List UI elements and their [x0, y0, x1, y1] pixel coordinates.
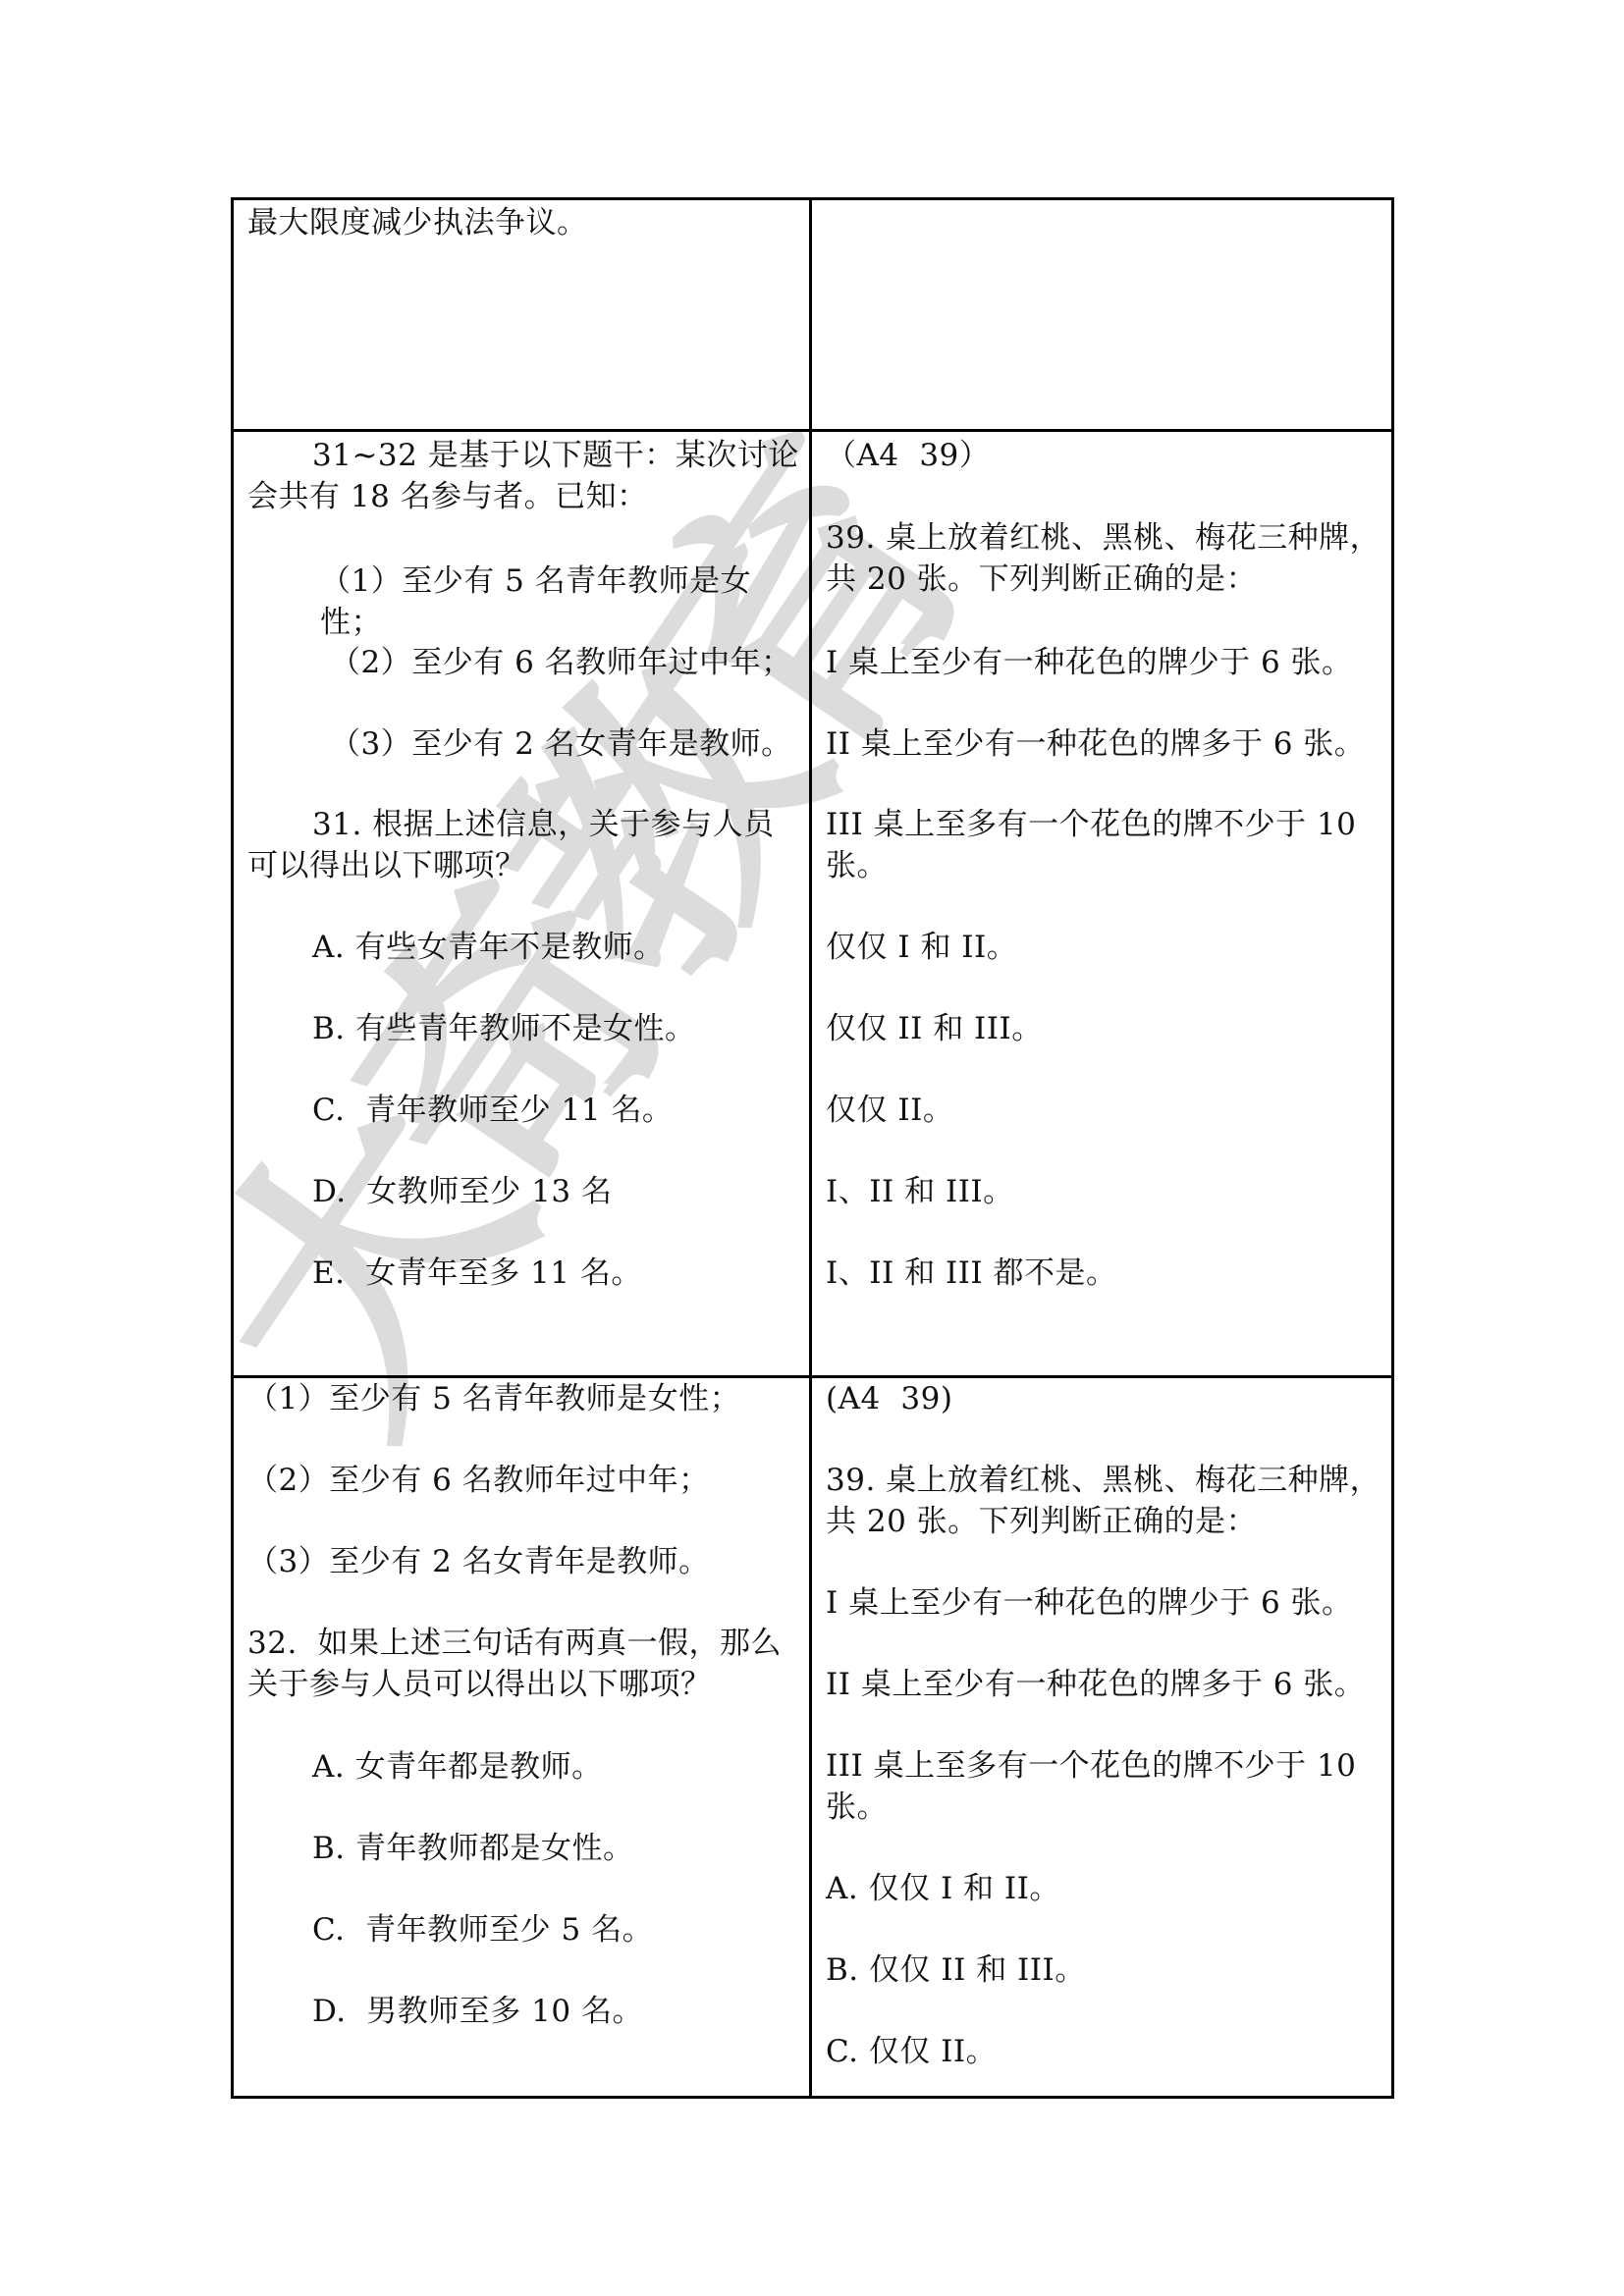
judgment-3: III 桌上至多有一个花色的牌不少于 10 张。	[826, 1745, 1381, 1828]
judgment-2: II 桌上至少有一种花色的牌多于 6 张。	[826, 723, 1381, 765]
row2-right-cell: （A4 39） 39. 桌上放着红桃、黑桃、梅花三种牌，共 20 张。下列判断正…	[812, 432, 1391, 1375]
question-39: 39. 桌上放着红桃、黑桃、梅花三种牌，共 20 张。下列判断正确的是：	[826, 517, 1381, 600]
row2-left-cell: 31~32 是基于以下题干：某次讨论会共有 18 名参与者。已知： （1）至少有…	[234, 432, 809, 1375]
q32-option-a: A. 女青年都是教师。	[247, 1746, 799, 1788]
source-tag: (A4 39)	[826, 1378, 1381, 1419]
row1-left-cell: 最大限度减少执法争议。	[234, 200, 809, 429]
q31-option-b: B. 有些青年教师不是女性。	[247, 1008, 799, 1049]
statement-1: （1）至少有 5 名青年教师是女性；	[247, 1378, 799, 1419]
q39-option-4: I、II 和 III。	[826, 1171, 1381, 1212]
statement-2: （2）至少有 6 名教师年过中年；	[247, 642, 799, 683]
q39-option-3: 仅仅 II。	[826, 1090, 1381, 1131]
q39-option-1: 仅仅 I 和 II。	[826, 927, 1381, 968]
question-32: 32. 如果上述三句话有两真一假，那么关于参与人员可以得出以下哪项？	[247, 1623, 799, 1705]
q39-option-b: B. 仅仅 II 和 III。	[826, 1949, 1381, 1991]
judgment-2: II 桌上至少有一种花色的牌多于 6 张。	[826, 1664, 1381, 1705]
judgment-1: I 桌上至少有一种花色的牌少于 6 张。	[826, 1582, 1381, 1624]
judgment-1: I 桌上至少有一种花色的牌少于 6 张。	[826, 642, 1381, 683]
q39-option-2: 仅仅 II 和 III。	[826, 1008, 1381, 1049]
row1-left-text: 最大限度减少执法争议。	[247, 202, 799, 243]
q39-option-c: C. 仅仅 II。	[826, 2031, 1381, 2072]
q39-option-5: I、II 和 III 都不是。	[826, 1253, 1381, 1294]
statement-3: （3）至少有 2 名女青年是教师。	[247, 1541, 799, 1582]
judgment-3: III 桌上至多有一个花色的牌不少于 10 张。	[826, 804, 1381, 886]
q32-option-c: C. 青年教师至少 5 名。	[247, 1909, 799, 1950]
source-tag: （A4 39）	[826, 435, 1381, 476]
question-table: 最大限度减少执法争议。 31~32 是基于以下题干：某次讨论会共有 18 名参与…	[231, 197, 1394, 2099]
q31-option-c: C. 青年教师至少 11 名。	[247, 1090, 799, 1131]
q39-option-a: A. 仅仅 I 和 II。	[826, 1868, 1381, 1909]
statement-1: （1）至少有 5 名青年教师是女性；	[247, 561, 799, 643]
q32-option-d: D. 男教师至多 10 名。	[247, 1991, 799, 2032]
row3-left-cell: （1）至少有 5 名青年教师是女性； （2）至少有 6 名教师年过中年； （3）…	[234, 1378, 809, 2099]
document-page: 大奇教育 最大限度减少执法争议。 31~32 是基于以下题干：某次讨论会共有 1…	[0, 0, 1624, 2296]
question-39: 39. 桌上放着红桃、黑桃、梅花三种牌，共 20 张。下列判断正确的是：	[826, 1460, 1381, 1542]
q31-option-d: D. 女教师至少 13 名	[247, 1171, 799, 1212]
q31-option-a: A. 有些女青年不是教师。	[247, 927, 799, 968]
question-31: 31. 根据上述信息，关于参与人员可以得出以下哪项？	[247, 804, 799, 886]
q31-option-e: E. 女青年至多 11 名。	[247, 1253, 799, 1294]
stem-intro: 31~32 是基于以下题干：某次讨论会共有 18 名参与者。已知：	[247, 435, 799, 517]
statement-2: （2）至少有 6 名教师年过中年；	[247, 1460, 799, 1501]
row1-right-cell	[812, 200, 1391, 429]
q32-option-b: B. 青年教师都是女性。	[247, 1828, 799, 1869]
statement-3: （3）至少有 2 名女青年是教师。	[247, 723, 799, 765]
row3-right-cell: (A4 39) 39. 桌上放着红桃、黑桃、梅花三种牌，共 20 张。下列判断正…	[812, 1378, 1391, 2099]
